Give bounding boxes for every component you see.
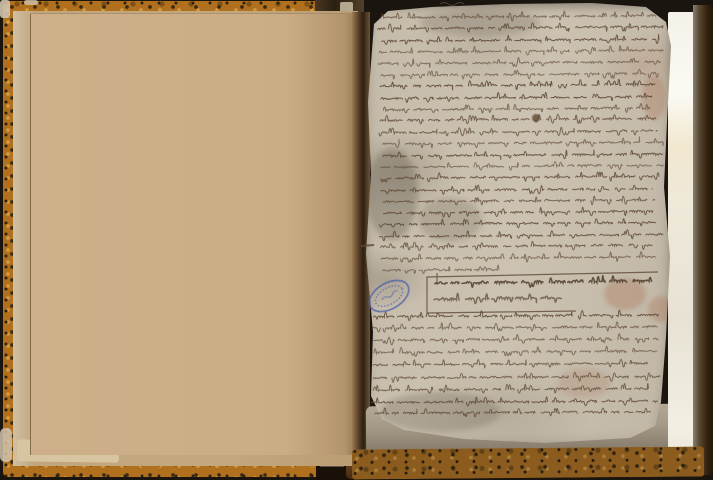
- cover-corner-wear: [0, 428, 12, 462]
- parchment-folio: [360, 2, 674, 450]
- right-cover-marbled-board: [352, 446, 704, 479]
- damp-stain: [420, 10, 540, 36]
- stain-blob: [642, 76, 666, 120]
- manuscript-photo: [0, 0, 713, 480]
- damp-stain: [366, 148, 418, 240]
- damp-stain: [418, 198, 482, 242]
- archive-stamp-icon: [362, 272, 418, 320]
- cover-corner-wear: [0, 0, 10, 18]
- ink-spot: [532, 114, 540, 122]
- left-blank-flyleaf: [30, 14, 358, 455]
- damp-stain: [380, 392, 500, 432]
- stain-blob: [558, 368, 610, 398]
- cover-edge-wear: [24, 0, 38, 5]
- stain-blob: [604, 278, 646, 310]
- right-cover-edge: [693, 5, 713, 475]
